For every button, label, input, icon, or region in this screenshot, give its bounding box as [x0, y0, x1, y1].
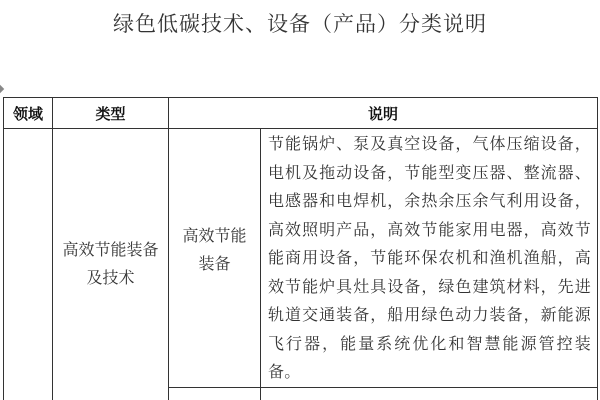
cell-field	[4, 129, 53, 400]
cell-type: 高效节能装备及技术	[53, 129, 169, 400]
cell-subtype: 高效节能装备	[169, 129, 261, 388]
header-description: 说明	[169, 98, 598, 129]
document-title: 绿色低碳技术、设备（产品）分类说明	[0, 8, 600, 38]
header-type: 类型	[53, 98, 169, 129]
cell-description: 节能锅炉、泵及真空设备，气体压缩设备，电机及拖动设备，节能型变压器、整流器、电感…	[261, 129, 598, 388]
type-label: 高效节能装备及技术	[62, 240, 158, 287]
cell-subtype-next	[169, 387, 261, 400]
classification-table: 领域 类型 说明 高效节能装备及技术 高效节能装备 节能锅炉、泵及真空设备，气体…	[3, 97, 598, 400]
cell-description-next	[261, 387, 598, 400]
table-header-row: 领域 类型 说明	[4, 98, 598, 129]
header-field: 领域	[4, 98, 53, 129]
table-anchor-icon	[0, 85, 4, 93]
subtype-label: 高效节能装备	[182, 226, 246, 273]
table-row: 高效节能装备及技术 高效节能装备 节能锅炉、泵及真空设备，气体压缩设备，电机及拖…	[4, 129, 598, 388]
